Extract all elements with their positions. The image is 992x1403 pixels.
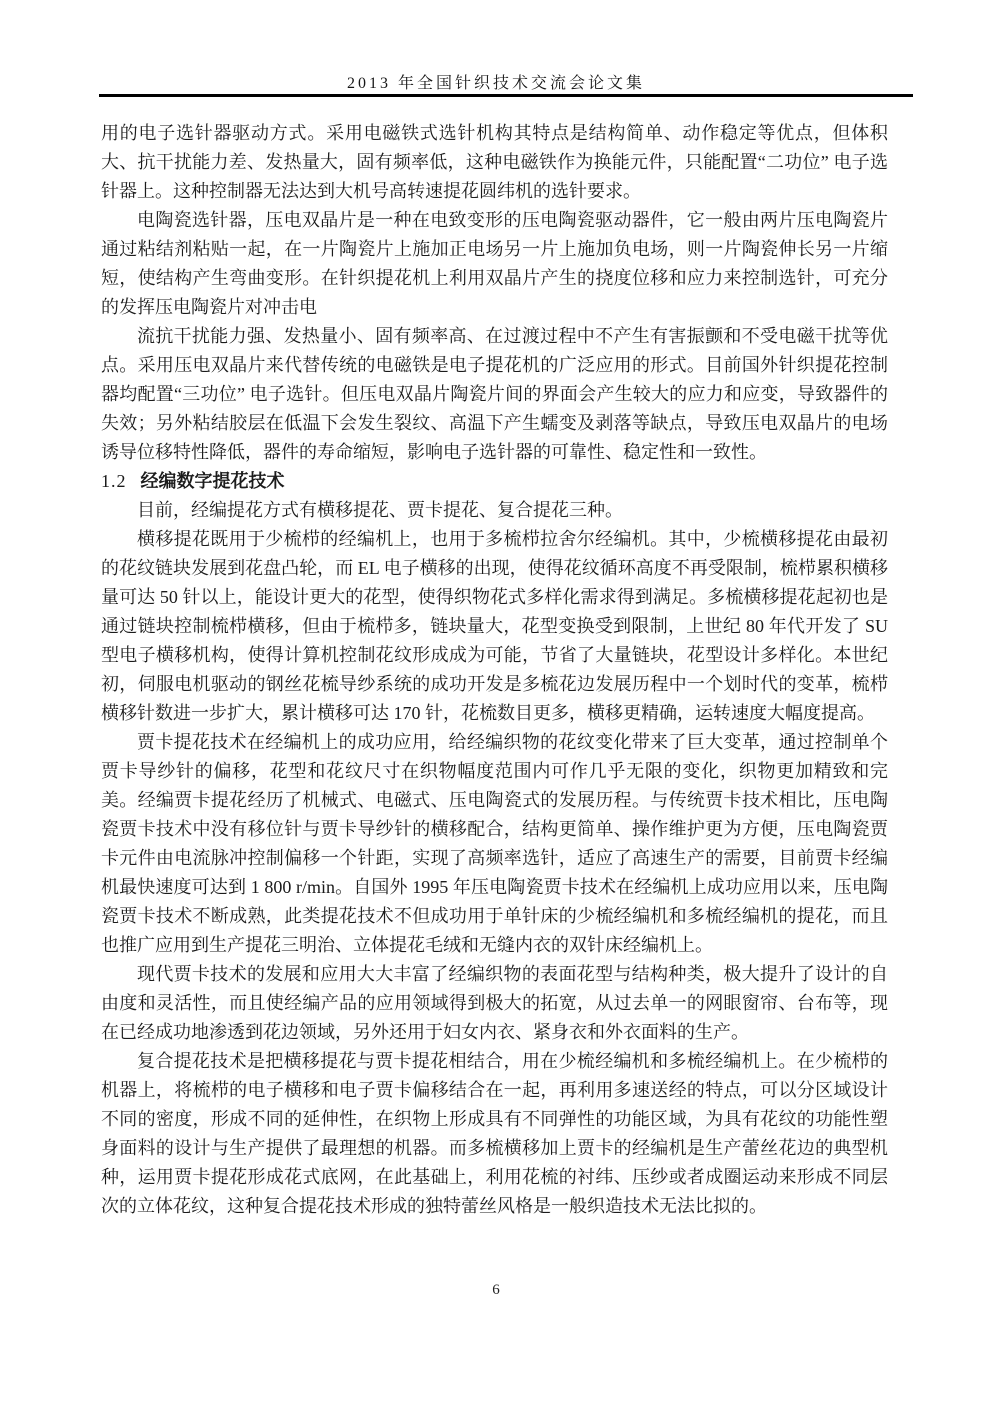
paragraph: 用的电子选针器驱动方式。采用电磁铁式选针机构其特点是结构简单、动作稳定等优点，但… — [101, 119, 888, 206]
paragraph: 现代贾卡技术的发展和应用大大丰富了经编织物的表面花型与结构种类，极大提升了设计的… — [101, 960, 888, 1047]
paragraph: 电陶瓷选针器，压电双晶片是一种在电致变形的压电陶瓷驱动器件，它一般由两片压电陶瓷… — [101, 206, 888, 322]
paragraph: 复合提花技术是把横移提花与贾卡提花相结合，用在少梳经编机和多梳经编机上。在少梳栉… — [101, 1047, 888, 1221]
section-heading: 1.2经编数字提花技术 — [101, 467, 888, 496]
header-divider-rule — [99, 94, 913, 97]
page-number: 6 — [0, 1282, 992, 1299]
section-title: 经编数字提花技术 — [141, 471, 285, 491]
document-page: 2013 年全国针织技术交流会论文集 用的电子选针器驱动方式。采用电磁铁式选针机… — [0, 0, 992, 1403]
page-header-title: 2013 年全国针织技术交流会论文集 — [0, 70, 992, 93]
paragraph: 目前，经编提花方式有横移提花、贾卡提花、复合提花三种。 — [101, 496, 888, 525]
paragraph: 流抗干扰能力强、发热量小、固有频率高、在过渡过程中不产生有害振颤和不受电磁干扰等… — [101, 322, 888, 467]
paragraph: 横移提花既用于少梳栉的经编机上，也用于多梳栉拉舍尔经编机。其中，少梳横移提花由最… — [101, 525, 888, 728]
section-number: 1.2 — [101, 471, 127, 491]
document-body: 用的电子选针器驱动方式。采用电磁铁式选针机构其特点是结构简单、动作稳定等优点，但… — [101, 119, 888, 1221]
paragraph: 贾卡提花技术在经编机上的成功应用，给经编织物的花纹变化带来了巨大变革，通过控制单… — [101, 728, 888, 960]
